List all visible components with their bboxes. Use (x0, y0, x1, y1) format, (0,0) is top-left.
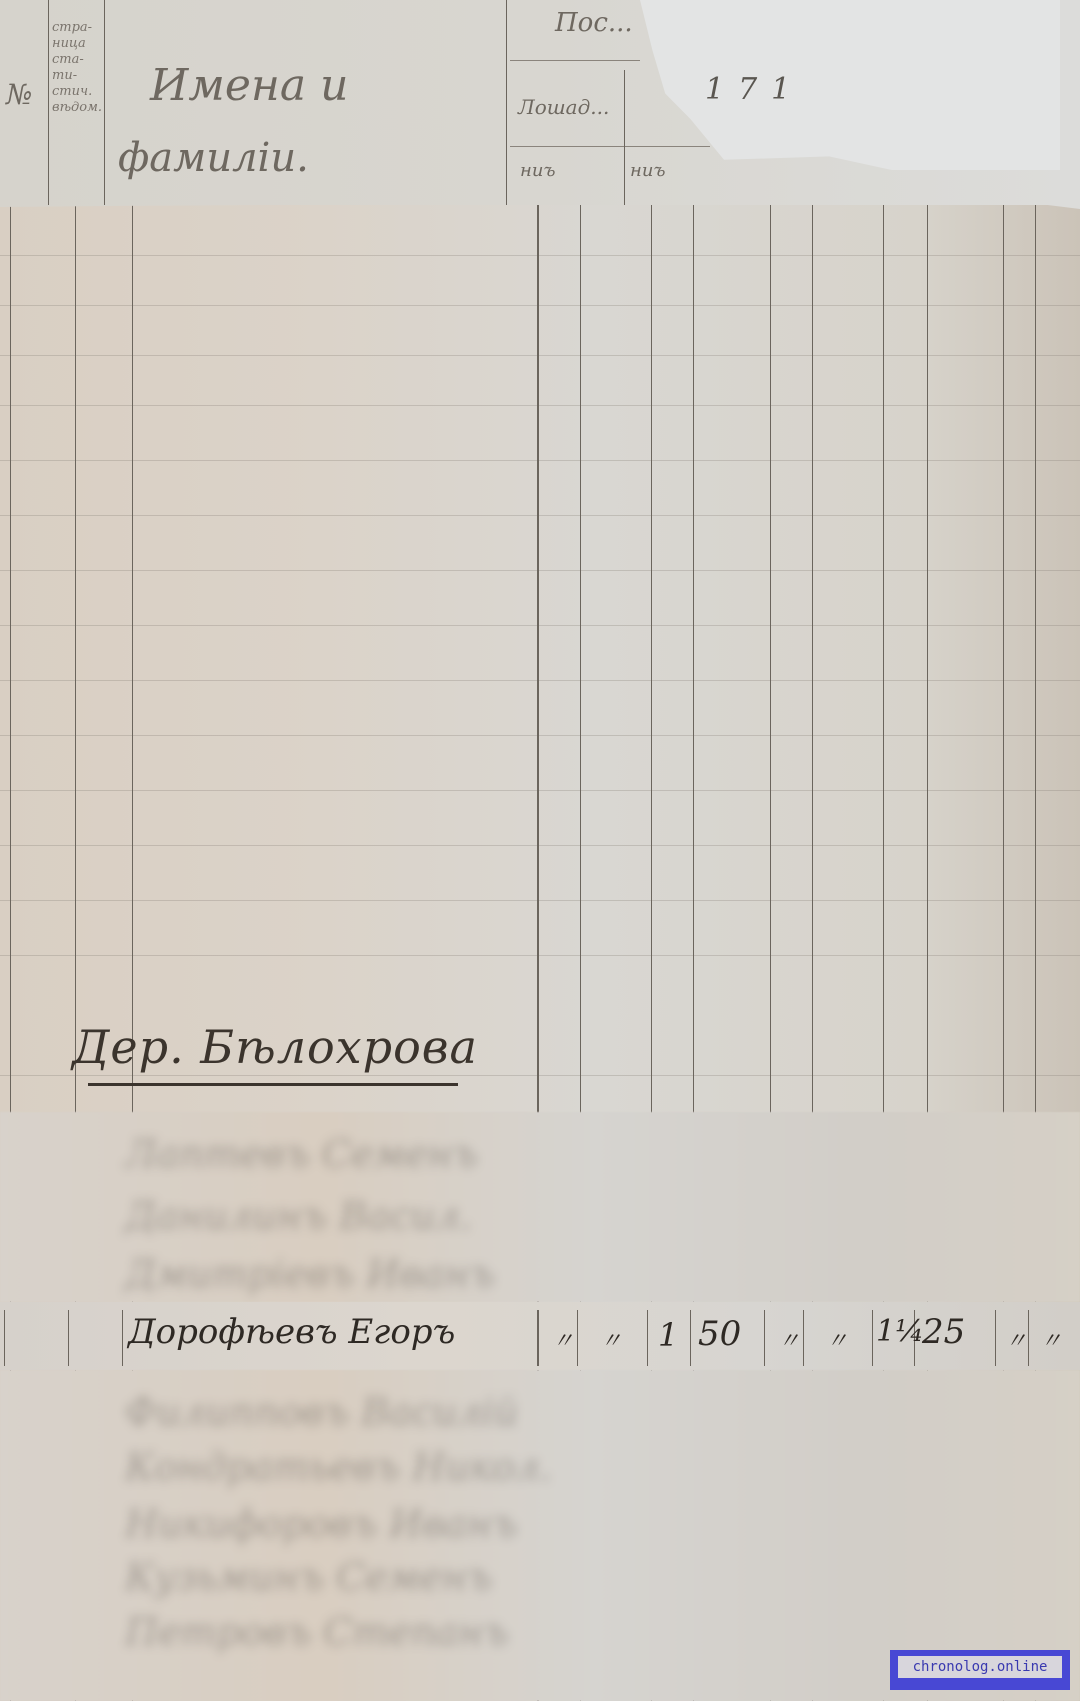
back-col-divider (624, 70, 625, 205)
ruled-line (0, 570, 1080, 571)
subcolumn-fragment: ниъ (520, 160, 555, 181)
torn-paper-fragment (640, 0, 1060, 170)
column-rule (803, 1310, 804, 1366)
back-col-divider (104, 0, 105, 205)
redacted-entry: Лаптевъ Семенъ (125, 1132, 478, 1176)
ruled-line (0, 735, 1080, 736)
ruled-line (0, 460, 1080, 461)
ruled-line (0, 255, 1080, 256)
column-header-horses: Лошад... (518, 95, 609, 119)
cell-value: 1¼ (876, 1314, 924, 1349)
column-rule (68, 1310, 69, 1366)
cell-value: 〃 (552, 1324, 574, 1355)
redacted-entry: Дмитріевъ Иванъ (125, 1252, 495, 1296)
village-heading: Дер. Бѣлохрова (72, 1020, 478, 1074)
back-sheet: № стра-ница ста-ти-стич. вѣдом. Имена и … (0, 0, 1080, 230)
ruled-line (0, 515, 1080, 516)
back-col-divider (48, 0, 49, 205)
back-col-divider (506, 0, 507, 205)
back-row-divider (510, 60, 640, 61)
redacted-rows-above: Лаптевъ Семенъ Данилинъ Васил. Дмитріевъ… (0, 1112, 1080, 1302)
page-ref-column-header: стра-ница ста-ти-стич. вѣдом. (52, 20, 102, 116)
cell-value: 〃 (778, 1324, 800, 1355)
cell-value: 〃 (600, 1324, 622, 1355)
column-rule (1028, 1310, 1029, 1366)
cell-value: 1 (658, 1316, 678, 1354)
ruled-line (0, 955, 1080, 956)
column-rule (647, 1310, 648, 1366)
subcolumn-fragment: ниъ (630, 160, 665, 181)
column-rule (4, 1310, 5, 1366)
ruled-line (0, 405, 1080, 406)
names-header-line1: Имена и (150, 60, 348, 111)
cell-value: 50 (698, 1314, 741, 1354)
page-number: 171 (705, 72, 804, 107)
column-rule (577, 1310, 578, 1366)
column-rule (690, 1310, 691, 1366)
column-header-top: Пос... (555, 8, 633, 38)
ruled-line (0, 305, 1080, 306)
cell-value: 〃 (826, 1324, 848, 1355)
table-row: Дорофѣевъ Егоръ 〃 〃 1 50 〃 〃 1¼ 25 〃 〃 (0, 1302, 1080, 1370)
watermark-badge: chronolog.online (890, 1650, 1070, 1690)
column-rule (537, 1310, 539, 1366)
back-row-divider (510, 146, 710, 147)
column-rule (872, 1310, 873, 1366)
redacted-entry: Никифоровъ Иванъ (125, 1502, 517, 1546)
ruled-line (0, 355, 1080, 356)
column-rule (122, 1310, 123, 1366)
redacted-entry: Данилинъ Васил. (125, 1194, 472, 1238)
column-rule (995, 1310, 996, 1366)
heading-underline (88, 1083, 458, 1086)
names-header-line2: фамиліи. (118, 135, 309, 181)
cell-value: 〃 (1005, 1324, 1027, 1355)
redacted-entry: Петровъ Степанъ (125, 1610, 508, 1654)
cell-value: 25 (922, 1312, 965, 1352)
ruled-line (0, 845, 1080, 846)
cell-value: 〃 (1040, 1324, 1062, 1355)
ruled-line (0, 790, 1080, 791)
redacted-entry: Кондратьевъ Никол. (125, 1445, 552, 1489)
watermark-text: chronolog.online (898, 1656, 1062, 1678)
column-rule (764, 1310, 765, 1366)
redacted-entry: Кузьминъ Семенъ (125, 1555, 492, 1599)
ruled-line (0, 1075, 1080, 1076)
ruled-line (0, 900, 1080, 901)
person-name: Дорофѣевъ Егоръ (128, 1312, 455, 1352)
ruled-line (0, 625, 1080, 626)
number-column-header: № (6, 78, 33, 111)
ruled-line (0, 680, 1080, 681)
redacted-entry: Филипповъ Василій (125, 1390, 518, 1434)
